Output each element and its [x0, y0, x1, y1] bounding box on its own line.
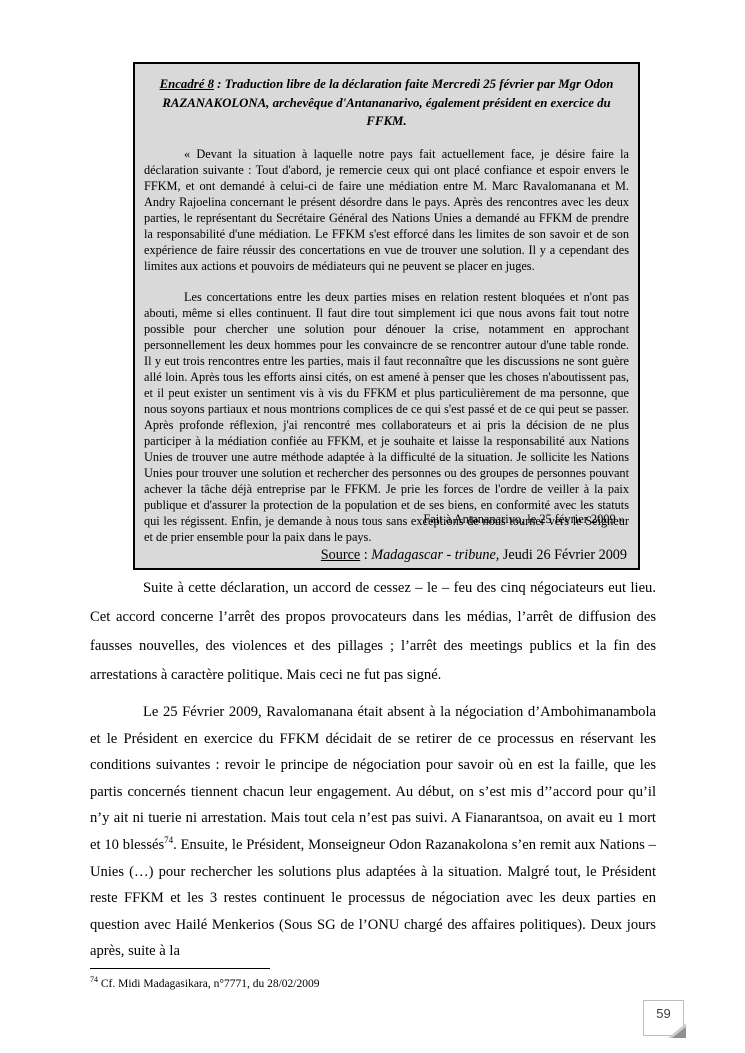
page-curl-icon [668, 1023, 686, 1038]
encadre-box: Encadré 8 : Traduction libre de la décla… [133, 62, 640, 570]
encadre-paragraph-2: Les concertations entre les deux parties… [144, 289, 629, 545]
encadre-title-text: : Traduction libre de la déclaration fai… [162, 77, 613, 128]
source-colon: : [360, 547, 371, 563]
footnote-separator [90, 968, 270, 969]
document-page: Encadré 8 : Traduction libre de la décla… [0, 0, 745, 1053]
body-paragraph-1: Suite à cette déclaration, un accord de … [90, 574, 656, 690]
encadre-source-line: Source : Madagascar - tribune, Jeudi 26 … [321, 547, 627, 564]
footnote-reference-mark: 74 [164, 835, 173, 845]
body-paragraph-2-text: Le 25 Février 2009, Ravalomanana était a… [90, 704, 656, 853]
page-number: 59 [644, 1006, 683, 1021]
source-publication: Madagascar - tribune [371, 547, 496, 563]
source-date: , Jeudi 26 Février 2009 [496, 547, 627, 563]
encadre-dateline: Fait à Antananarivo, le 25 février 2009 … [423, 512, 625, 527]
encadre-title-label: Encadré 8 [160, 77, 214, 91]
encadre-paragraph-1: « Devant la situation à laquelle notre p… [144, 146, 629, 274]
body-text: Suite à cette déclaration, un accord de … [90, 574, 656, 965]
footnote: 74 Cf. Midi Madagasikara, n°7771, du 28/… [90, 975, 570, 990]
encadre-title: Encadré 8 : Traduction libre de la décla… [144, 75, 629, 131]
body-paragraph-2-continued: . Ensuite, le Président, Monseigneur Odo… [90, 837, 656, 959]
source-label: Source [321, 547, 360, 563]
body-paragraph-2: Le 25 Février 2009, Ravalomanana était a… [90, 699, 656, 965]
footnote-number: 74 [90, 975, 98, 984]
page-number-badge: 59 [643, 1000, 684, 1036]
footnote-text: Cf. Midi Madagasikara, n°7771, du 28/02/… [98, 978, 319, 990]
